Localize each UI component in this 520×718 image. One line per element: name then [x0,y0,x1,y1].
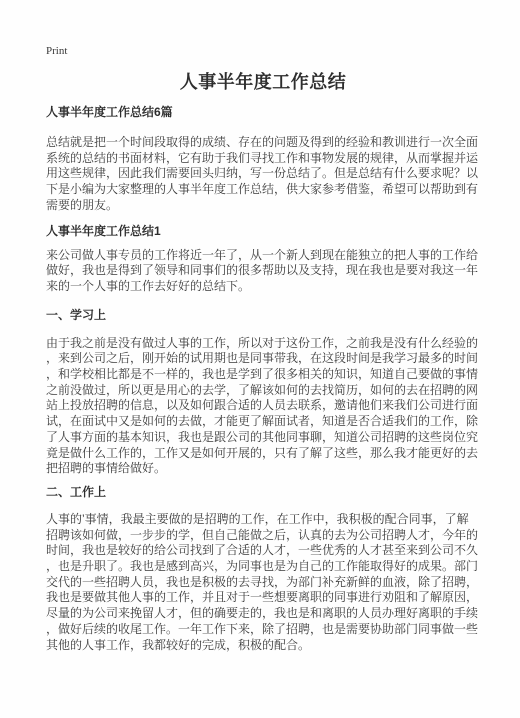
intro-paragraph: 总结就是把一个时间段取得的成绩、存在的问题及得到的经验和教训进行一次全面系统的总… [46,135,480,214]
section-heading-summary-1: 人事半年度工作总结1 [46,224,480,239]
section-paragraph-summary-1: 来公司做人事专员的工作将近一年了，从一个新人到现在能独立的把人事的工作给做好，我… [46,248,480,295]
page-title: 人事半年度工作总结 [46,71,480,93]
section-heading-work: 二、工作上 [46,485,480,500]
document-subtitle: 人事半年度工作总结6篇 [46,105,480,120]
section-paragraph-study: 由于我之前是没有做过人事的工作，所以对于这份工作，之前我是没有什么经验的，来到公… [46,336,480,477]
section-heading-study: 一、学习上 [46,308,480,323]
document-page: Print 人事半年度工作总结 人事半年度工作总结6篇 总结就是把一个时间段取得… [0,0,520,718]
section-paragraph-work: 人事的’事情，我最主要做的是招聘的工作，在工作中，我积极的配合同事，了解招聘该如… [46,512,480,653]
print-button[interactable]: Print [46,45,67,58]
